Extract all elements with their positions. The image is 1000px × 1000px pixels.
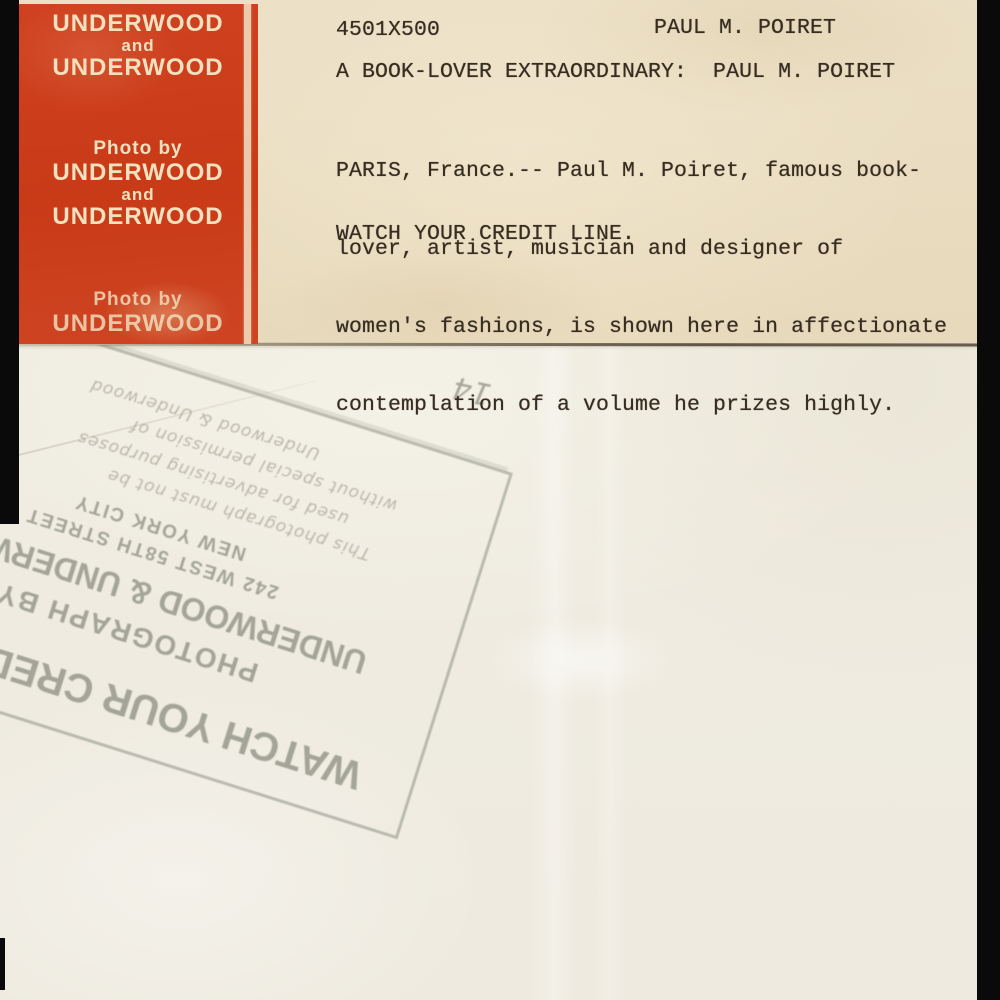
caption-body-line: PARIS, France.-- Paul M. Poiret, famous …: [336, 158, 947, 184]
credit-warning: WATCH YOUR CREDIT LINE.: [336, 222, 635, 246]
label-line: Photo by: [18, 290, 258, 309]
label-line: and: [18, 186, 258, 203]
label-block: Photo by UNDERWOOD: [18, 290, 258, 335]
publisher-label: UNDERWOOD and UNDERWOOD Photo by UNDERWO…: [18, 4, 258, 344]
label-line: Photo by: [18, 139, 258, 158]
scan-edge-left-bottom: [0, 938, 5, 990]
label-line: UNDERWOOD: [18, 12, 258, 35]
scan-edge-left: [0, 0, 19, 524]
label-white-stripe: [244, 4, 251, 344]
label-line: and: [18, 37, 258, 54]
label-block: UNDERWOOD and UNDERWOOD: [18, 12, 258, 79]
label-line: UNDERWOOD: [18, 312, 258, 335]
reference-number: 4501X500: [336, 18, 440, 42]
label-block: Photo by UNDERWOOD and UNDERWOOD: [18, 139, 258, 228]
caption-headline: A BOOK-LOVER EXTRAORDINARY: PAUL M. POIR…: [336, 60, 895, 84]
caption-body-line: contemplation of a volume he prizes high…: [336, 392, 947, 418]
label-line: UNDERWOOD: [18, 56, 258, 79]
photo-back-scan: This photograph must not be used for adv…: [0, 0, 1000, 1000]
label-line: UNDERWOOD: [18, 161, 258, 184]
label-line: UNDERWOOD: [18, 205, 258, 228]
caption-body: PARIS, France.-- Paul M. Poiret, famous …: [336, 106, 947, 470]
subject-name: PAUL M. POIRET: [654, 16, 836, 40]
scan-edge-right: [977, 0, 1000, 1000]
caption-body-line: women's fashions, is shown here in affec…: [336, 314, 947, 340]
